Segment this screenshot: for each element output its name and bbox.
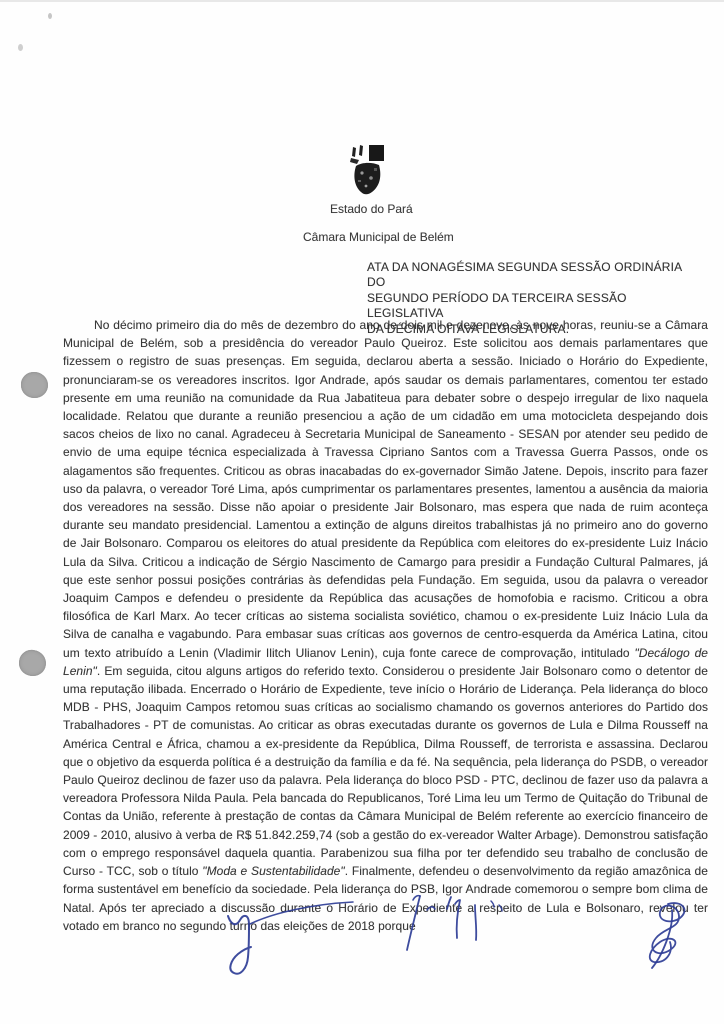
scan-speck	[48, 13, 52, 19]
signature-handwritten-3	[638, 898, 698, 988]
institution-name: Câmara Municipal de Belém	[303, 230, 454, 244]
state-name: Estado do Pará	[330, 202, 413, 216]
signature-handwritten-2	[396, 888, 511, 963]
minutes-body-text: No décimo primeiro dia do mês de dezembr…	[63, 316, 708, 935]
scanned-document-page: Estado do Pará Câmara Municipal de Belém…	[0, 0, 724, 1024]
signature-handwritten-1	[220, 890, 360, 985]
scan-speck	[18, 44, 23, 51]
session-title-line: ATA DA NONAGÉSIMA SEGUNDA SESSÃO ORDINÁR…	[367, 260, 683, 291]
hole-punch	[17, 648, 47, 678]
coat-of-arms	[346, 144, 388, 198]
hole-punch	[21, 372, 48, 398]
